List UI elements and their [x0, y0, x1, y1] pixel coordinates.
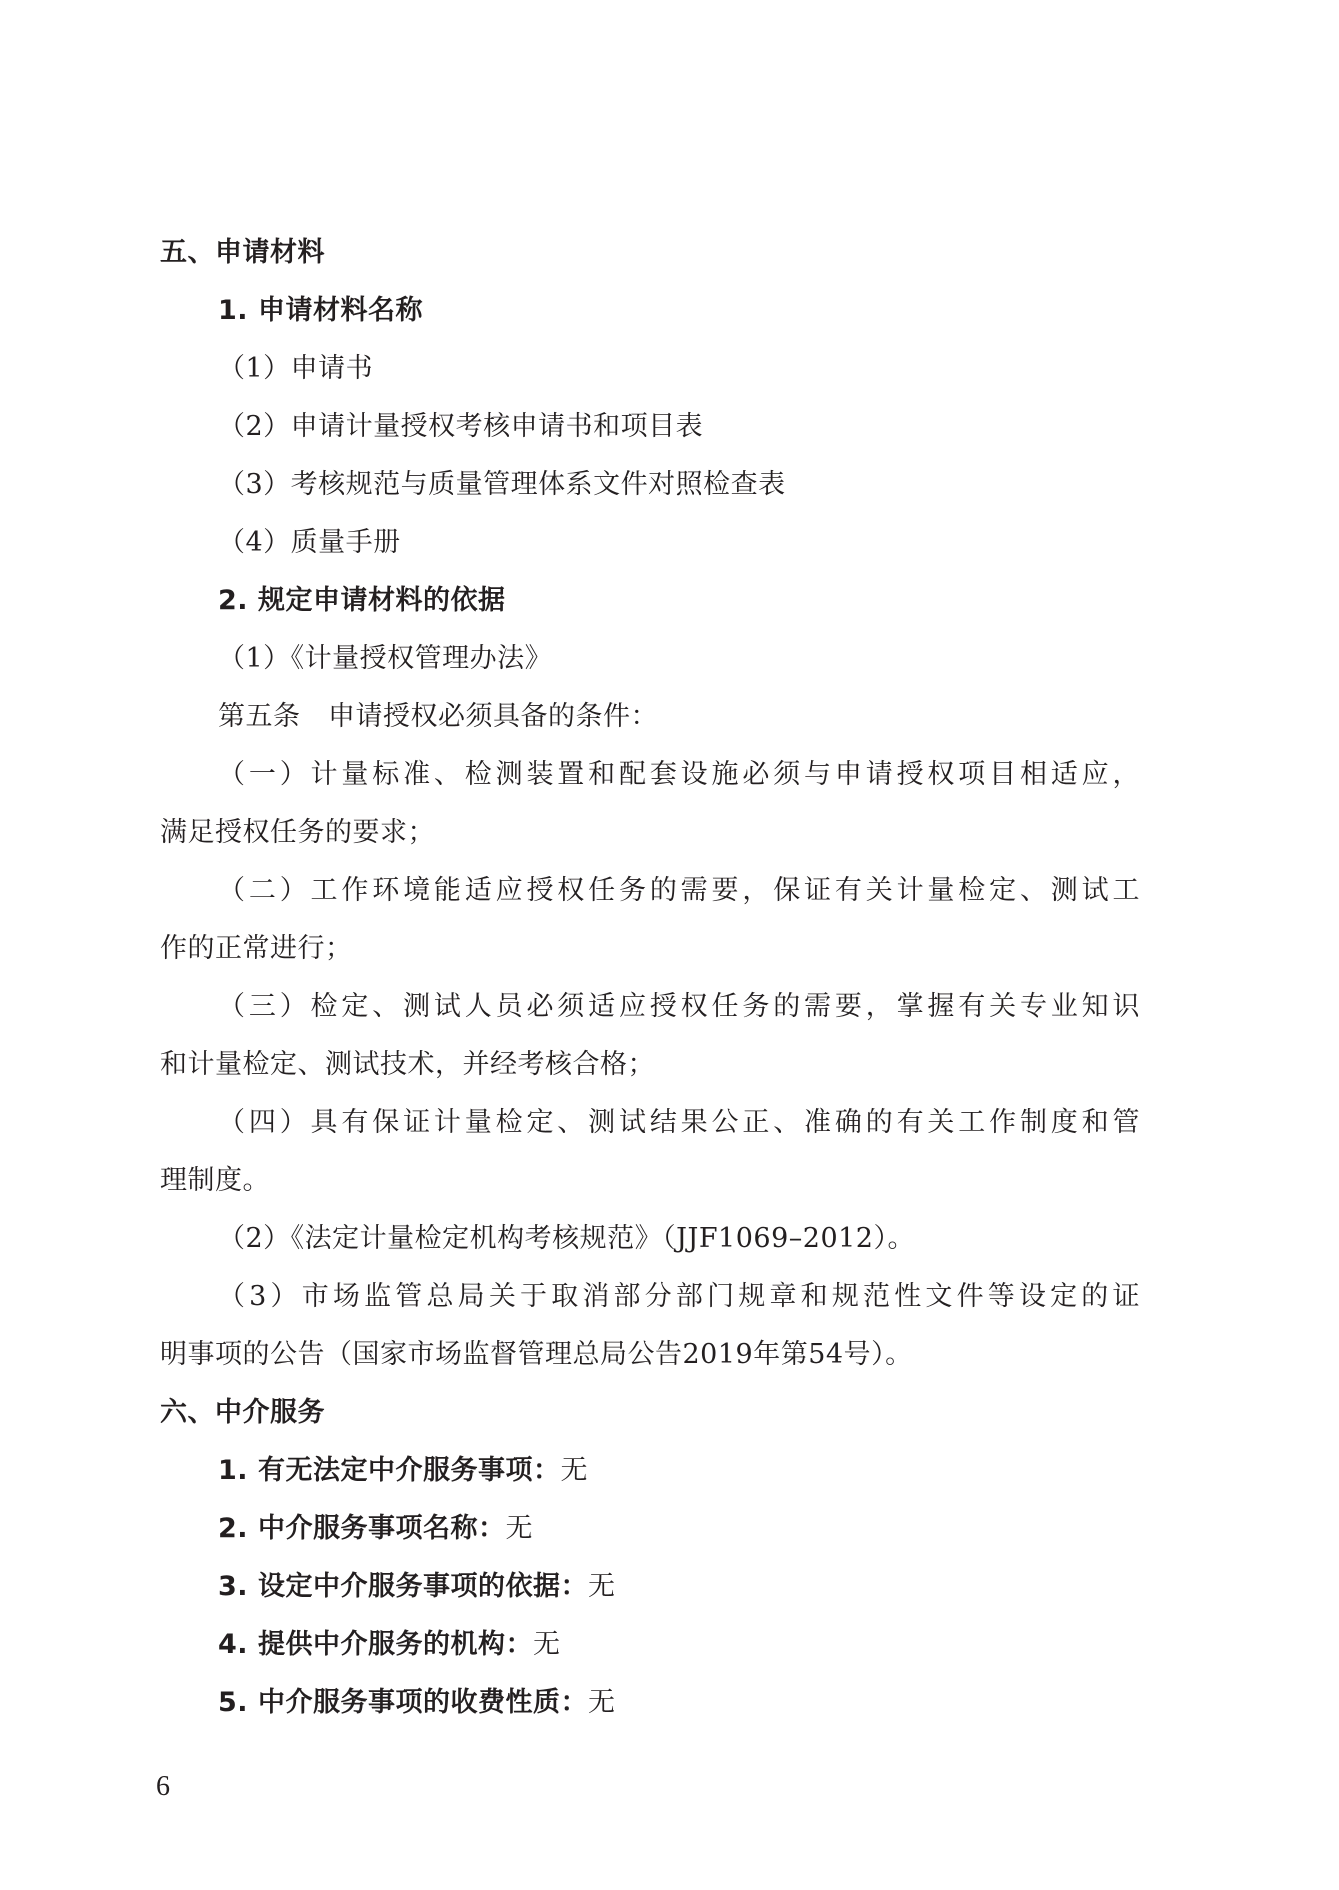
intermediary-item-1-label: 1. 有无法定中介服务事项： [218, 1455, 560, 1486]
intermediary-item-4: 4. 提供中介服务的机构：无 [218, 1628, 560, 1662]
condition-1-line-1: （一）计量标准、检测装置和配套设施必须与申请授权项目相适应， [218, 758, 1140, 792]
intermediary-item-5: 5. 中介服务事项的收费性质：无 [218, 1686, 615, 1720]
material-item-3: （3）考核规范与质量管理体系文件对照检查表 [218, 468, 786, 502]
intermediary-item-1: 1. 有无法定中介服务事项：无 [218, 1454, 588, 1488]
condition-2-line-1: （二）工作环境能适应授权任务的需要，保证有关计量检定、测试工 [218, 874, 1140, 908]
material-item-2: （2）申请计量授权考核申请书和项目表 [218, 410, 703, 444]
intermediary-item-5-value: 无 [588, 1687, 616, 1718]
basis-2: （2）《法定计量检定机构考核规范》（JJF1069–2012）。 [218, 1222, 915, 1256]
article-5-title: 第五条 申请授权必须具备的条件： [218, 700, 658, 734]
intermediary-item-3-value: 无 [588, 1571, 616, 1602]
condition-2-line-2: 作的正常进行； [160, 932, 353, 966]
intermediary-item-2-label: 2. 中介服务事项名称： [218, 1513, 505, 1544]
intermediary-item-2-value: 无 [505, 1513, 533, 1544]
intermediary-item-2: 2. 中介服务事项名称：无 [218, 1512, 533, 1546]
section-heading-application-materials: 五、申请材料 [160, 236, 325, 270]
condition-3-line-1: （三）检定、测试人员必须适应授权任务的需要，掌握有关专业知识 [218, 990, 1140, 1024]
basis-1-title: （1）《计量授权管理办法》 [218, 642, 552, 676]
intermediary-item-5-label: 5. 中介服务事项的收费性质： [218, 1687, 588, 1718]
subheading-material-names: 1. 申请材料名称 [218, 294, 423, 328]
subheading-material-basis: 2. 规定申请材料的依据 [218, 584, 505, 618]
intermediary-item-4-value: 无 [533, 1629, 561, 1660]
condition-1-line-2: 满足授权任务的要求； [160, 816, 435, 850]
condition-4-line-1: （四）具有保证计量检定、测试结果公正、准确的有关工作制度和管 [218, 1106, 1140, 1140]
document-page: 五、申请材料 1. 申请材料名称 （1）申请书 （2）申请计量授权考核申请书和项… [0, 0, 1339, 1890]
basis-3-line-2: 明事项的公告（国家市场监督管理总局公告2019年第54号）。 [160, 1338, 913, 1372]
intermediary-item-4-label: 4. 提供中介服务的机构： [218, 1629, 533, 1660]
intermediary-item-3: 3. 设定中介服务事项的依据：无 [218, 1570, 615, 1604]
condition-4-line-2: 理制度。 [160, 1164, 270, 1198]
material-item-1: （1）申请书 [218, 352, 373, 386]
intermediary-item-1-value: 无 [560, 1455, 588, 1486]
page-number: 6 [156, 1770, 170, 1804]
condition-3-line-2: 和计量检定、测试技术，并经考核合格； [160, 1048, 655, 1082]
material-item-4: （4）质量手册 [218, 526, 401, 560]
intermediary-item-3-label: 3. 设定中介服务事项的依据： [218, 1571, 588, 1602]
section-heading-intermediary-services: 六、中介服务 [160, 1396, 325, 1430]
basis-3-line-1: （3）市场监管总局关于取消部分部门规章和规范性文件等设定的证 [218, 1280, 1140, 1314]
